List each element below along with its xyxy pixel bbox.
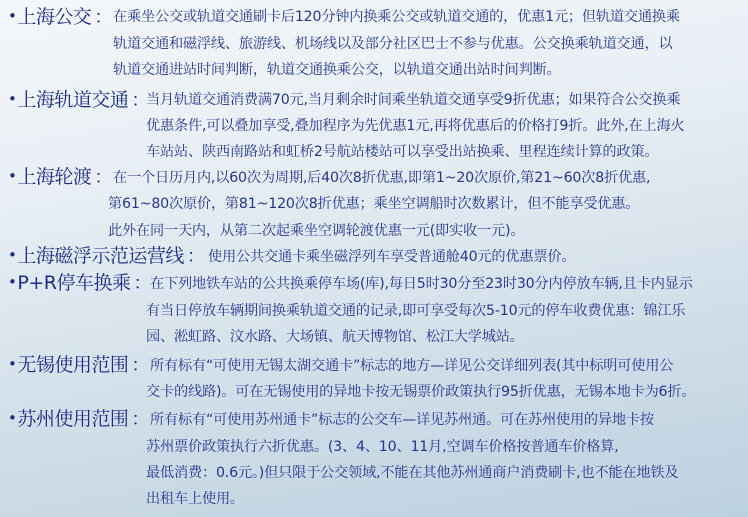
body-line: 第61~80次原价，第81~120次8折优惠；乘坐空调船时次数累计，但不能享受优…: [108, 194, 639, 214]
body-line: 苏州票价政策执行六折优惠。(3、4、10、11月,空调车价格按普通车价格算,: [146, 437, 619, 457]
bullet-icon: •: [8, 409, 16, 427]
bullet-icon: •: [8, 246, 16, 264]
body-line: 在乘坐公交或轨道交通刷卡后120分钟内换乘公交或轨道交通的，优惠1元；但轨道交通…: [113, 7, 680, 27]
section-heading-shanghai-bus: •上海公交：: [8, 4, 112, 30]
heading-text: 上海轮渡: [17, 166, 91, 188]
body-line: 轨道交通进站时间判断，轨道交通换乘公交，以轨道交通出站时间判断。: [113, 60, 561, 80]
bullet-icon: •: [8, 273, 16, 291]
body-line: 交卡的线路)。可在无锡使用的异地卡按无锡票价政策执行95折优惠，无锡本地卡为6折…: [146, 382, 695, 402]
heading-text: 上海磁浮示范运营线: [17, 245, 184, 267]
body-line: 此外在同一天内，从第二次起乘坐空调轮渡优惠一元(即实收一元)。: [108, 221, 524, 241]
section-heading-wuxi-scope: •无锡使用范围：: [8, 352, 149, 378]
bullet-icon: •: [8, 90, 16, 108]
body-line: 在一个日历月内,以60次为周期,后40次8折优惠,即第1~20次原价,第21~6…: [113, 168, 650, 188]
heading-text: 上海公交: [17, 6, 91, 28]
bullet-icon: •: [8, 355, 16, 373]
section-heading-shanghai-metro: •上海轨道交通：: [8, 87, 149, 113]
body-line: 当月轨道交通消费满70元,当月剩余时间乘坐轨道交通享受9折优惠；如果符合公交换乘: [146, 90, 680, 110]
heading-text: 苏州使用范围: [17, 408, 128, 430]
body-line: 所有标有“可使用苏州通卡”标志的公交车—详见苏州通。可在苏州使用的异地卡按: [150, 410, 654, 430]
bullet-icon: •: [8, 167, 16, 185]
body-line: 最低消费：0.6元。)但只限于公交领域,不能在其他苏州通商户消费刷卡,也不能在地…: [146, 463, 678, 483]
body-line: 出租车上使用。: [146, 489, 244, 509]
body-line: 使用公共交通卡乘坐磁浮列车享受普通舱40元的优惠票价。: [208, 247, 575, 267]
heading-text: P+R停车换乘: [17, 272, 130, 294]
body-line: 所有标有“可使用无锡太湖交通卡”标志的地方—详见公交详细列表(其中标明可使用公: [150, 356, 673, 376]
heading-text: 无锡使用范围: [17, 354, 128, 376]
body-line: 车站站、陕西南路站和虹桥2号航站楼站可以享受出站换乘、里程连续计算的政策。: [146, 142, 658, 162]
section-heading-suzhou-scope: •苏州使用范围：: [8, 406, 149, 432]
heading-text: 上海轨道交通: [17, 89, 128, 111]
section-heading-shanghai-ferry: •上海轮渡：: [8, 164, 112, 190]
body-line: 园、淞虹路、汶水路、大场镇、航天博物馆、松江大学城站。: [146, 327, 524, 347]
bullet-icon: •: [8, 7, 16, 25]
body-line: 轨道交通和磁浮线、旅游线、机场线以及部分社区巴士不参与优惠。公交换乘轨道交通，以: [113, 34, 673, 54]
body-line: 有当日停放车辆期间换乘轨道交通的记录,即可享受每次5-10元的停车收费优惠：锦江…: [146, 301, 685, 321]
body-line: 优惠条件,可以叠加享受,叠加程序为先优惠1元,再将优惠后的价格打9折。此外,在上…: [146, 116, 684, 136]
section-heading-shanghai-maglev: •上海磁浮示范运营线：: [8, 243, 204, 269]
body-line: 在下列地铁车站的公共换乘停车场(库),每日5时30分至23时30分内停放车辆,且…: [150, 274, 693, 294]
section-heading-park-and-ride: •P+R停车换乘：: [8, 270, 151, 296]
